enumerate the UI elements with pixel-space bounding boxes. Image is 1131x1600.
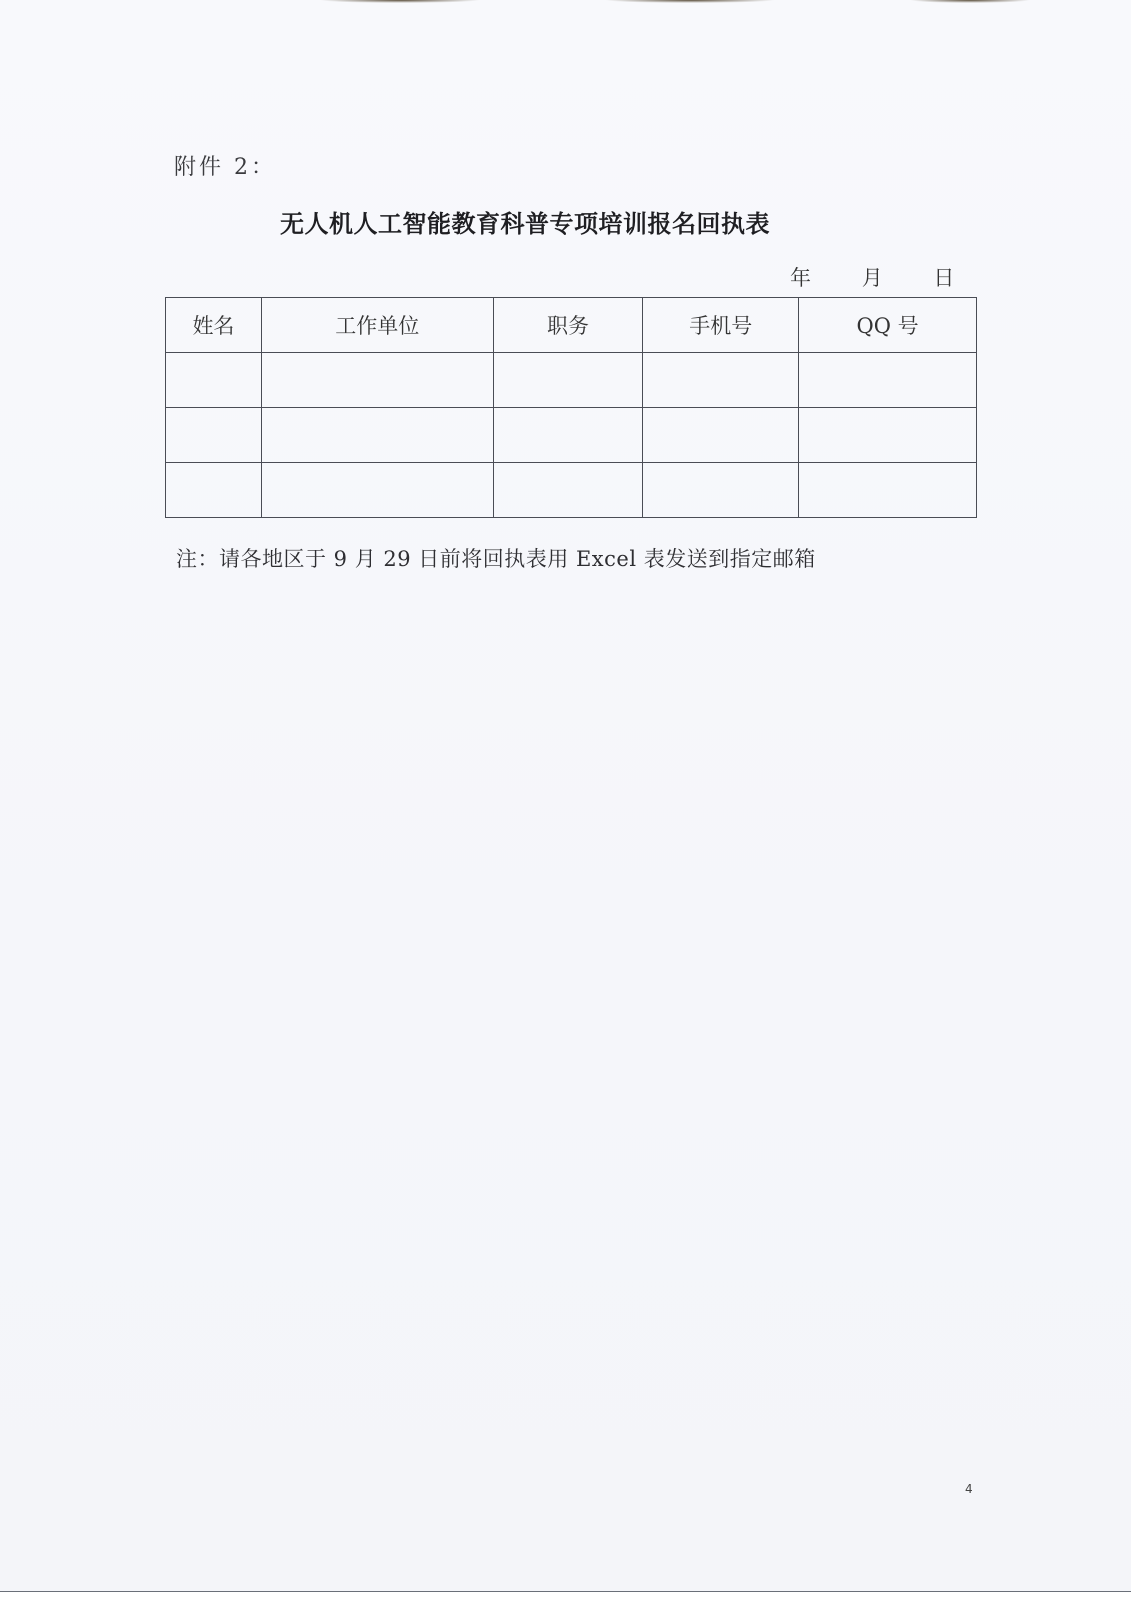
cell-qq[interactable] <box>799 353 977 408</box>
cell-name[interactable] <box>166 463 262 518</box>
registration-table: 姓名 工作单位 职务 手机号 QQ 号 <box>165 297 977 518</box>
header-qq: QQ 号 <box>799 298 977 353</box>
day-label: 日 <box>933 266 954 290</box>
cell-name[interactable] <box>166 353 262 408</box>
table-row <box>166 353 977 408</box>
document-title: 无人机人工智能教育科普专项培训报名回执表 <box>280 204 770 239</box>
header-name: 姓名 <box>166 298 262 353</box>
table-row <box>166 408 977 463</box>
cell-qq[interactable] <box>799 408 977 463</box>
table-header-row: 姓名 工作单位 职务 手机号 QQ 号 <box>166 298 977 353</box>
scan-edge-bottom <box>0 1591 1131 1600</box>
scanned-page: 附件 2： 无人机人工智能教育科普专项培训报名回执表 年 月 日 姓名 工作单位… <box>0 0 1131 1595</box>
scan-edge-top <box>0 0 1131 4</box>
cell-phone[interactable] <box>643 463 799 518</box>
cell-phone[interactable] <box>643 408 799 463</box>
cell-work-unit[interactable] <box>261 463 493 518</box>
month-label: 月 <box>862 266 883 290</box>
cell-position[interactable] <box>493 463 643 518</box>
cell-work-unit[interactable] <box>261 353 493 408</box>
page-number: 4 <box>965 1482 973 1496</box>
header-position: 职务 <box>493 298 643 353</box>
date-line: 年 月 日 <box>790 262 976 292</box>
year-label: 年 <box>790 266 811 290</box>
cell-qq[interactable] <box>799 463 977 518</box>
cell-work-unit[interactable] <box>261 408 493 463</box>
submission-note: 注：请各地区于 9 月 29 日前将回执表用 Excel 表发送到指定邮箱 <box>176 543 816 573</box>
header-phone: 手机号 <box>643 298 799 353</box>
cell-position[interactable] <box>493 353 643 408</box>
header-work-unit: 工作单位 <box>261 298 493 353</box>
attachment-label: 附件 2： <box>174 150 276 181</box>
cell-position[interactable] <box>493 408 643 463</box>
cell-phone[interactable] <box>643 353 799 408</box>
table-row <box>166 463 977 518</box>
cell-name[interactable] <box>166 408 262 463</box>
